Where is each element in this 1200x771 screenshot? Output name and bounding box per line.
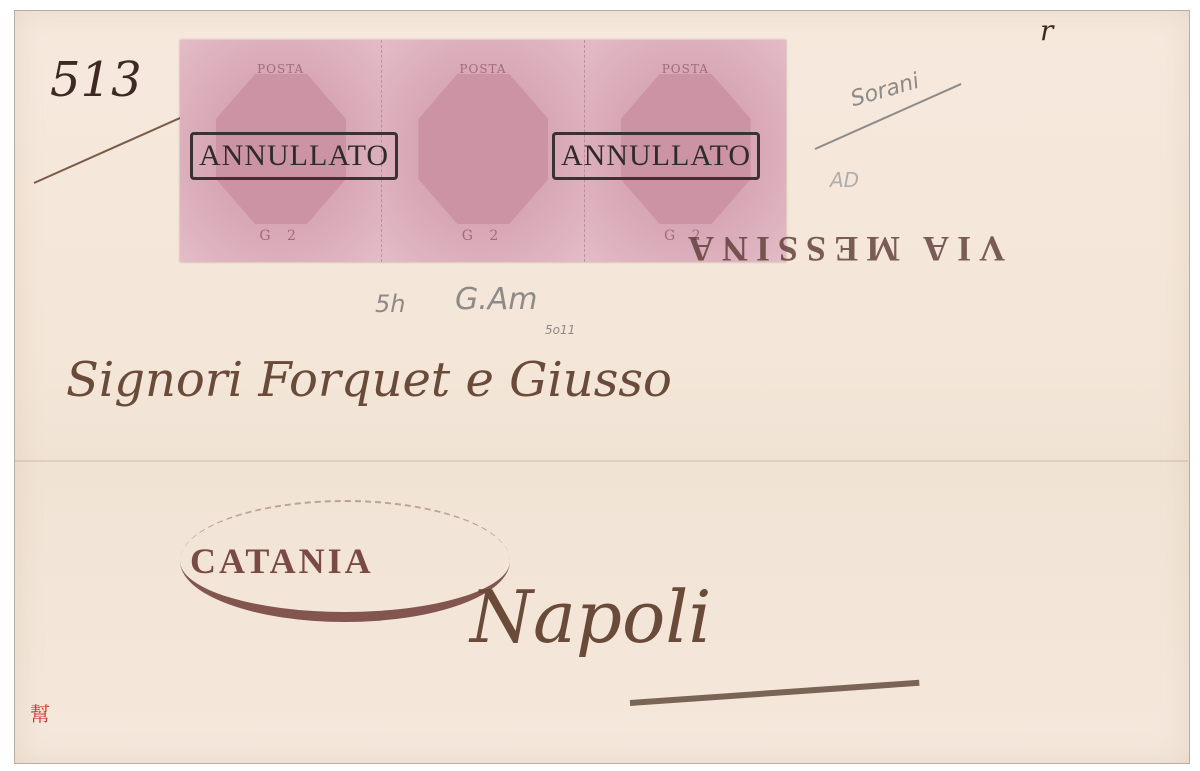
destination: Napoli xyxy=(470,575,711,659)
stamp-top-text: POSTA xyxy=(180,62,381,76)
annullato-cancel-right: ANNULLATO xyxy=(552,132,760,180)
pencil-note-catalog: 5h xyxy=(375,290,405,318)
docket-number: 513 xyxy=(50,52,142,108)
pencil-note-expert: AD xyxy=(830,168,859,192)
annullato-cancel-left: ANNULLATO xyxy=(190,132,398,180)
fold-line xyxy=(14,460,1188,462)
stamp-value: G 2 xyxy=(180,228,381,244)
via-postmark: VIA MESSINA xyxy=(680,228,1005,270)
stamp-value: G 2 xyxy=(382,228,583,244)
origin-postmark-text: CATANIA xyxy=(190,540,374,582)
collector-chop: 幫 xyxy=(30,698,50,727)
pencil-note-sub: 5o11 xyxy=(545,323,575,337)
stamp-top-text: POSTA xyxy=(585,62,786,76)
corner-mark: r xyxy=(1040,14,1053,47)
stamp-frame xyxy=(418,74,548,224)
pencil-note-signature: G.Am xyxy=(455,282,538,317)
stamp-top-text: POSTA xyxy=(382,62,583,76)
addressee: Signori Forquet e Giusso xyxy=(66,352,672,408)
